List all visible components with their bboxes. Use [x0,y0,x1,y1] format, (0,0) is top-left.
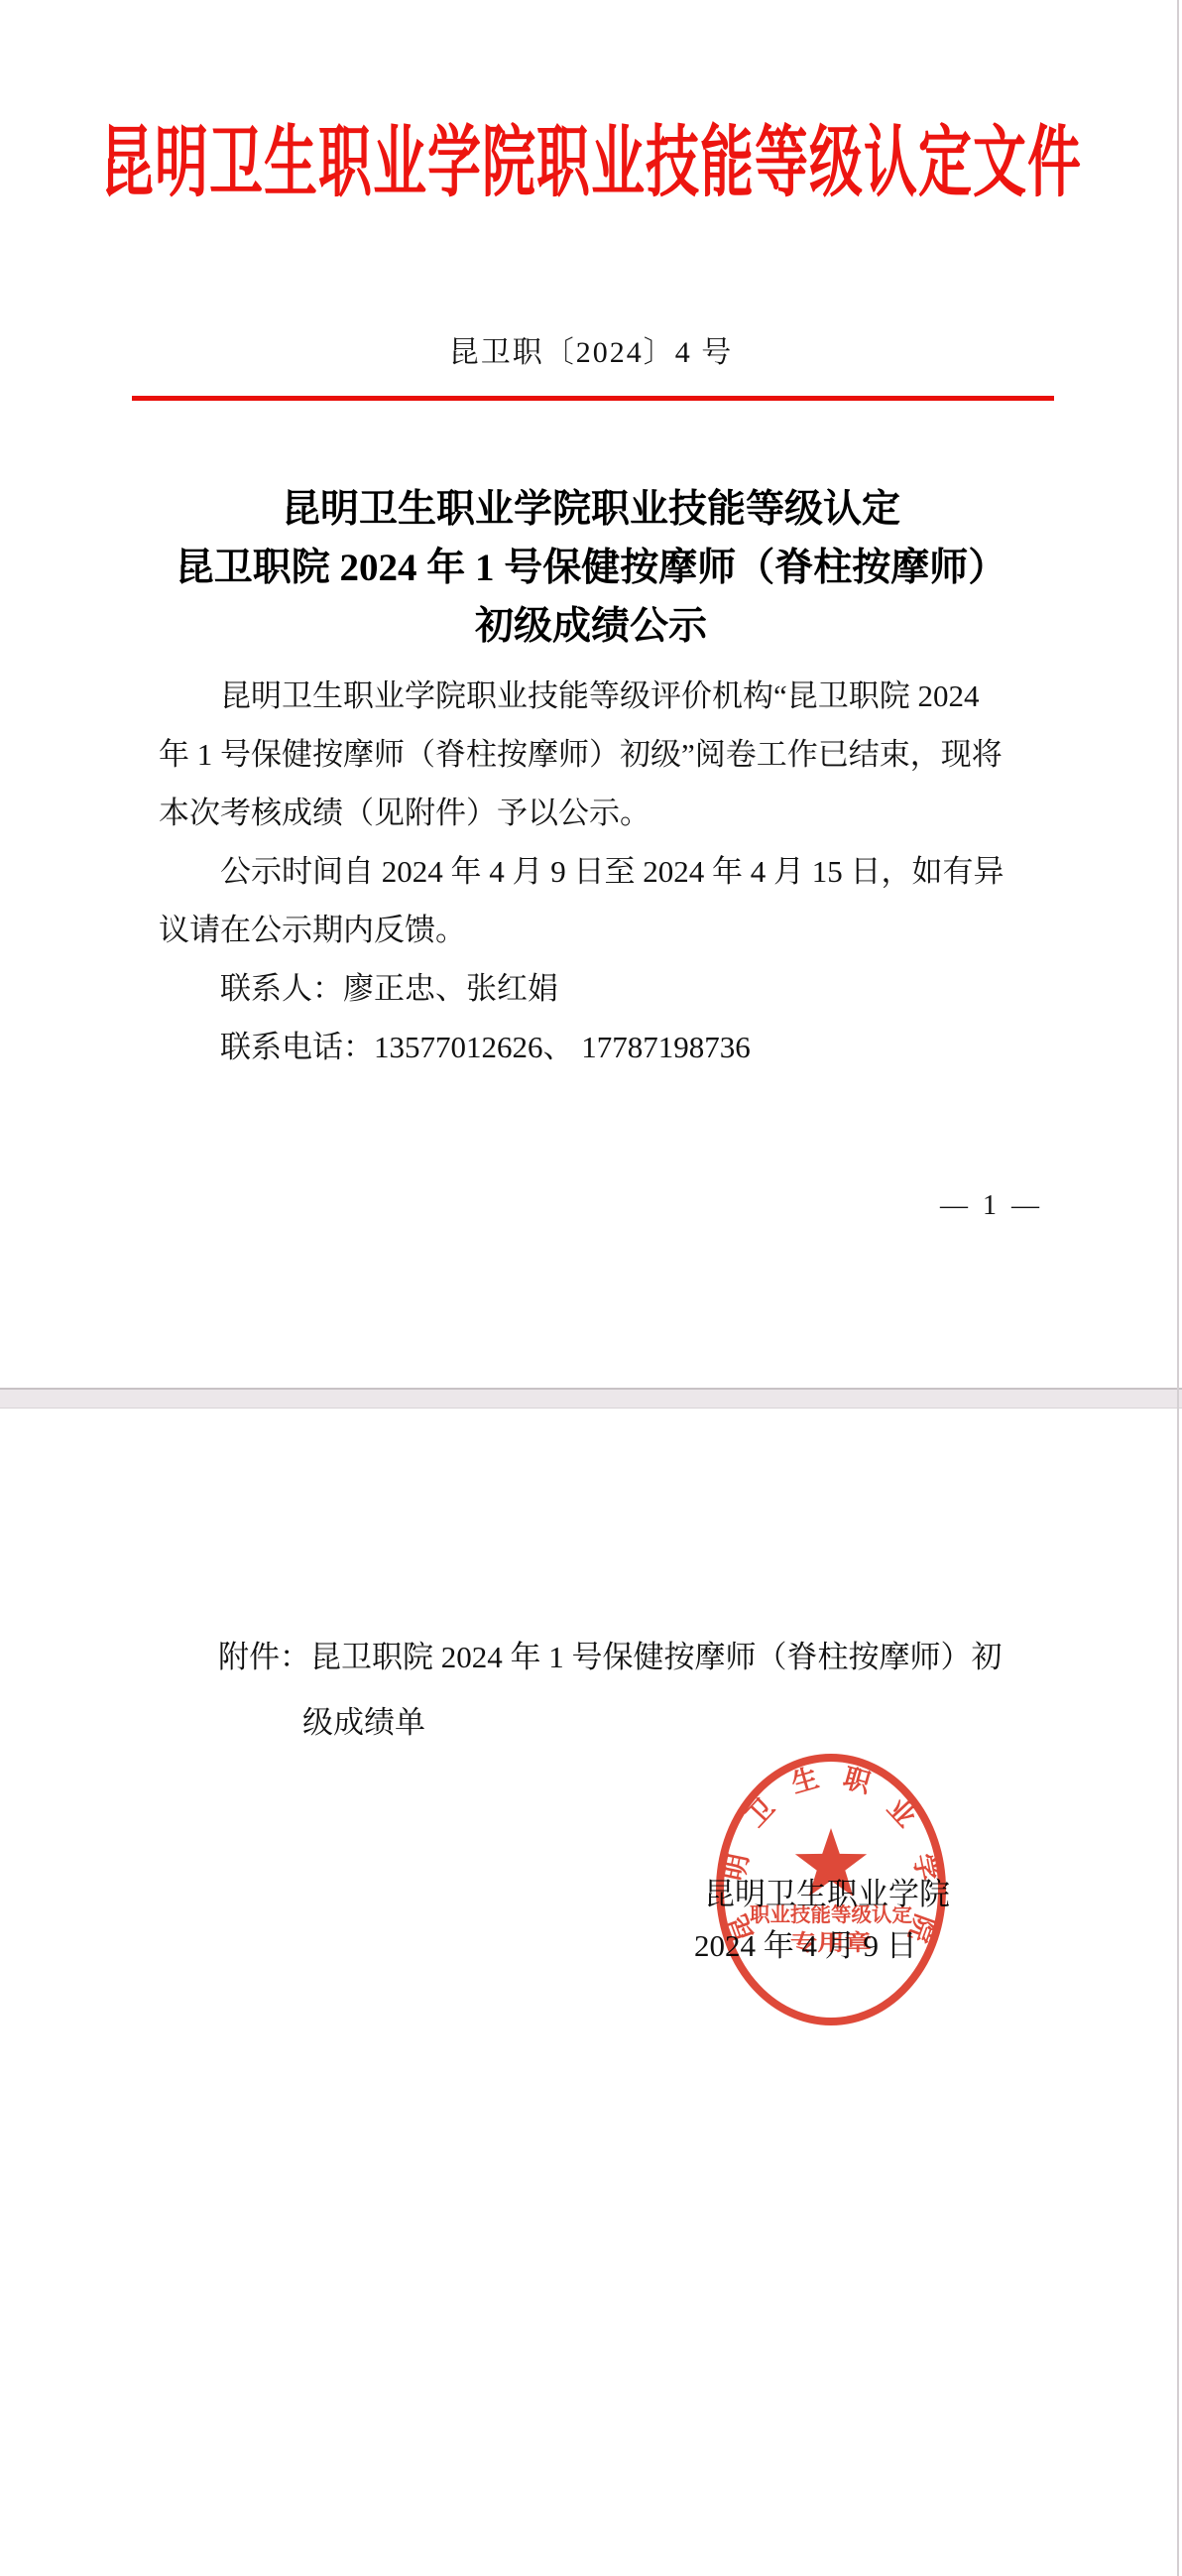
seal-arc-char: 明 [720,1851,755,1883]
notice-body: 昆明卫生职业学院职业技能等级评价机构“昆卫职院 2024 年 1 号保健按摩师（… [159,667,1051,1076]
page-edge-line [1177,0,1179,2576]
body-line-contact-person: 联系人：廖正忠、张红娟 [159,959,1051,1018]
document-number: 昆卫职〔2024〕4 号 [0,327,1182,371]
seal-star-icon [795,1828,867,1897]
document-page-2 [0,1409,1182,2576]
seal-type-text: 专用章 [790,1930,872,1955]
notice-title: 昆明卫生职业学院职业技能等级认定 昆卫职院 2024 年 1 号保健按摩师（脊柱… [0,480,1182,656]
seal-arc-char: 职 [840,1763,875,1798]
body-line: 议请在公示期内反馈。 [159,901,1051,959]
body-line: 昆明卫生职业学院职业技能等级评价机构“昆卫职院 2024 [159,667,1051,725]
red-separator-rule [132,396,1054,401]
red-header-banner-title: 昆明卫生职业学院职业技能等级认定文件 [0,101,1182,212]
seal-dept-text: 职业技能等级认定 [750,1902,912,1926]
body-line: 本次考核成绩（见附件）予以公示。 [159,784,1051,842]
seal-arc-char: 学 [908,1851,943,1883]
notice-title-line: 初级成绩公示 [0,597,1182,656]
page-gap [0,1388,1182,1409]
document-page-1: 昆明卫生职业学院职业技能等级认定文件 昆卫职〔2024〕4 号 昆明卫生职业学院… [0,0,1182,1388]
notice-title-line: 昆卫职院 2024 年 1 号保健按摩师（脊柱按摩师） [0,539,1182,597]
official-seal: 昆 明 卫 生 职 业 学 院 职业技能等级认定 专用章 [712,1751,950,2028]
body-line-contact-phone: 联系电话：13577012626、 17787198736 [159,1018,1051,1076]
notice-title-line: 昆明卫生职业学院职业技能等级认定 [0,480,1182,539]
body-line: 公示时间自 2024 年 4 月 9 日至 2024 年 4 月 15 日，如有… [159,842,1051,901]
attachment-note-line-2: 级成绩单 [302,1704,425,1742]
seal-arc-char: 生 [788,1763,822,1798]
page-number: — 1 — [932,1190,1051,1222]
attachment-note-line-1: 附件：昆卫职院 2024 年 1 号保健按摩师（脊柱按摩师）初 [218,1639,1003,1676]
body-line: 年 1 号保健按摩师（脊柱按摩师）初级”阅卷工作已结束，现将 [159,725,1051,784]
